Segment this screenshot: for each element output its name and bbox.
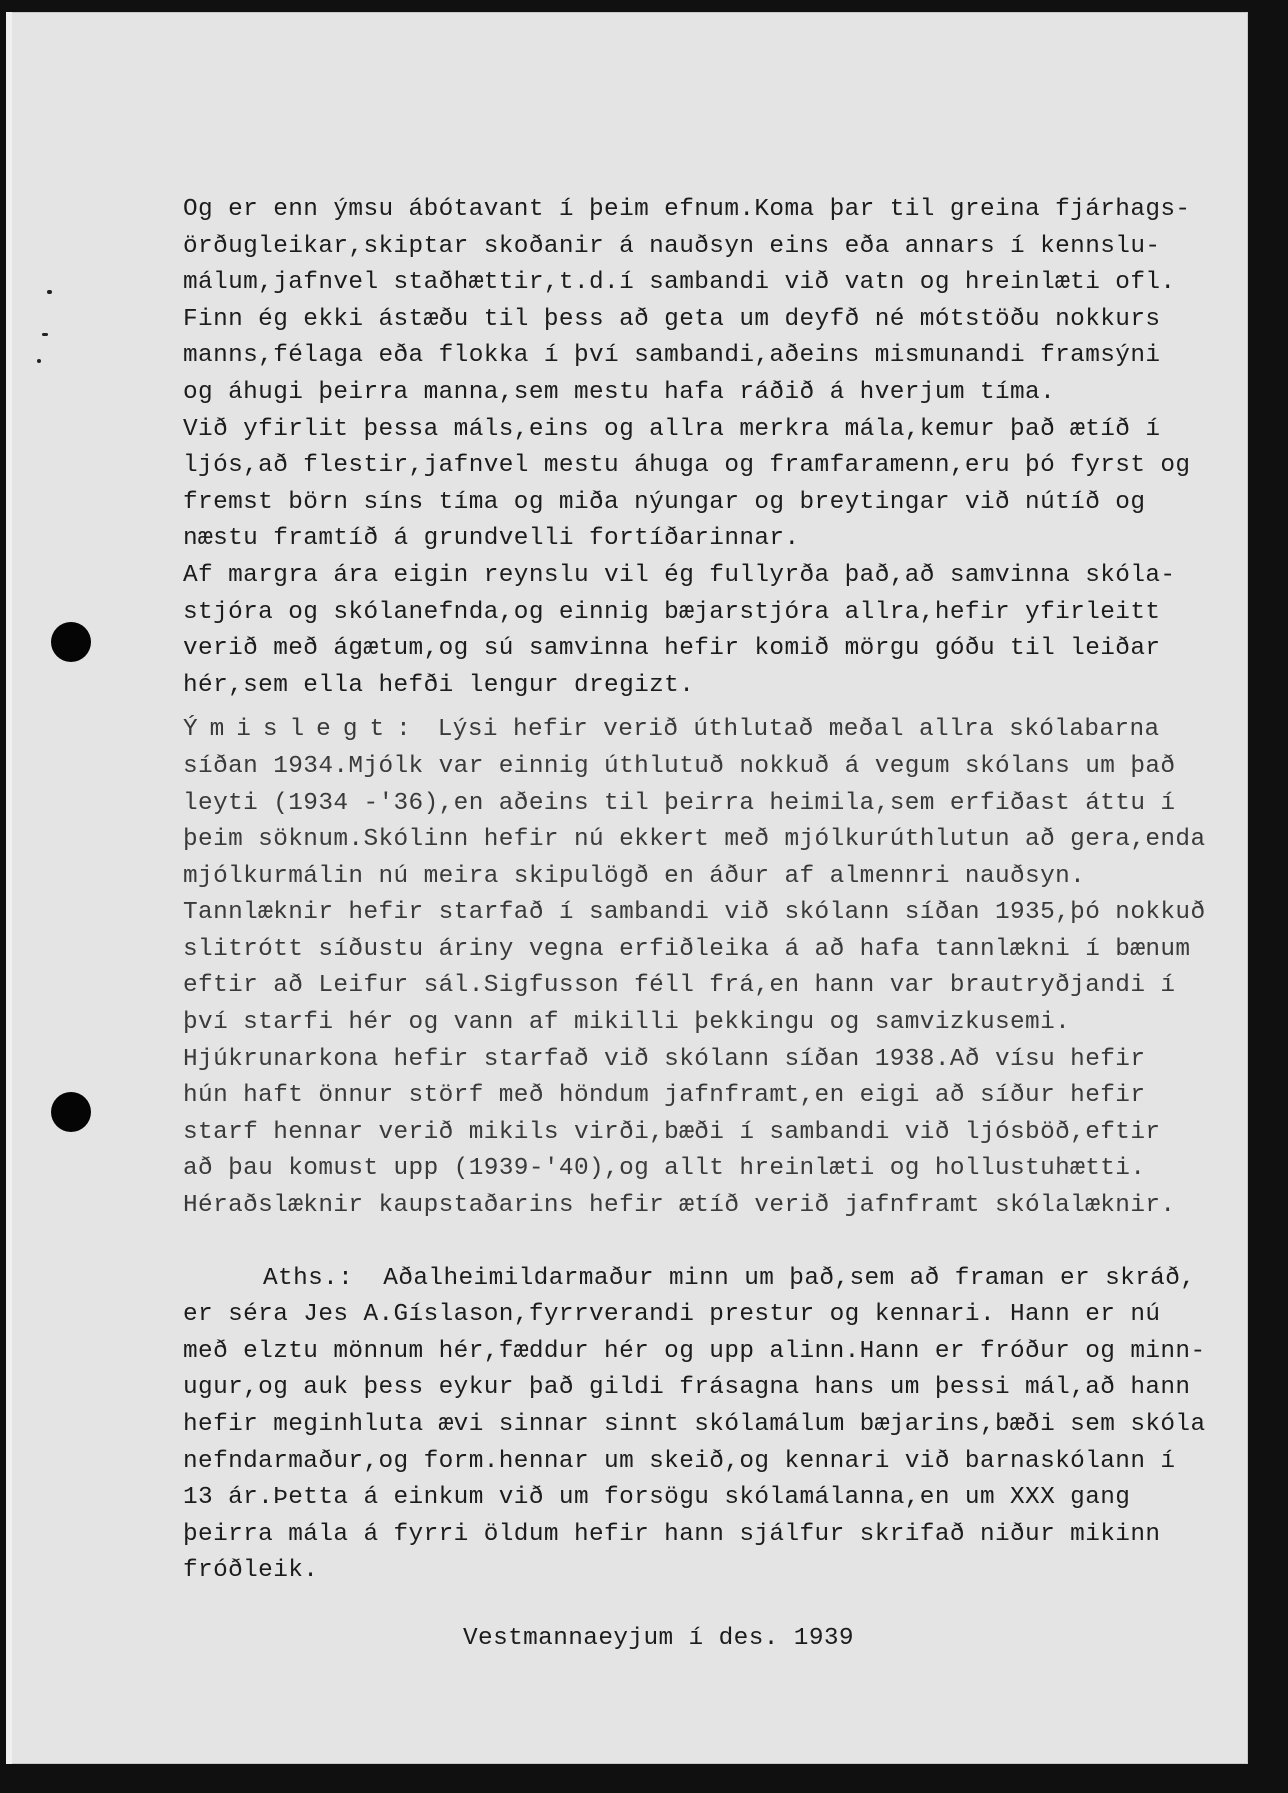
text-line: eftir að Leifur sál.Sigfusson féll frá,e… [183, 968, 1223, 1005]
text-line: og áhugi þeirra manna,sem mestu hafa ráð… [183, 375, 1223, 412]
text-line: hún haft önnur störf með höndum jafnfram… [183, 1078, 1223, 1115]
paragraph-overview: Við yfirlit þessa máls,eins og allra mer… [183, 412, 1223, 558]
text-line: Hjúkrunarkona hefir starfað við skólann … [183, 1042, 1223, 1079]
text-line: Aths.: Aðalheimildarmaður minn um það,se… [183, 1261, 1223, 1298]
text-line: örðugleikar,skiptar skoðanir á nauðsyn e… [183, 229, 1223, 266]
text-line: verið með ágætum,og sú samvinna hefir ko… [183, 631, 1223, 668]
text-segment: Aðalheimildarmaður minn um það,sem að fr… [353, 1265, 1195, 1292]
margin-mark [37, 359, 41, 363]
text-line: 13 ár.Þetta á einkum við um forsögu skól… [183, 1480, 1223, 1517]
text-line: starf hennar verið mikils virði,bæði í s… [183, 1115, 1223, 1152]
margin-mark [47, 290, 52, 294]
text-line: Ýmislegt: Lýsi hefir verið úthlutað meða… [183, 712, 1223, 749]
paragraph-miscellaneous: Ýmislegt: Lýsi hefir verið úthlutað meða… [183, 712, 1223, 1224]
text-line: slitrótt síðustu árinу vegna erfiðleika … [183, 932, 1223, 969]
text-line: að þau komust upp (1939-'40),og allt hre… [183, 1151, 1223, 1188]
text-segment: Lýsi hefir verið úthlutað meðal allra sk… [423, 716, 1160, 743]
punch-hole [51, 1092, 91, 1132]
text-line: næstu framtíð á grundvelli fortíðarinnar… [183, 521, 1223, 558]
text-line: með elztu mönnum hér,fæddur hér og upp a… [183, 1334, 1223, 1371]
text-line: ljós,að flestir,jafnvel mestu áhuga og f… [183, 448, 1223, 485]
text-line: Finn ég ekki ástæðu til þess að geta um … [183, 302, 1223, 339]
text-line: nefndarmaður,og form.hennar um skeið,og … [183, 1444, 1223, 1481]
text-line: Af margra ára eigin reynslu vil ég fully… [183, 558, 1223, 595]
paragraph-cooperation: Af margra ára eigin reynslu vil ég fully… [183, 558, 1223, 704]
text-line: Tannlæknir hefir starfað í sambandi við … [183, 895, 1223, 932]
text-line: Og er enn ýmsu ábótavant í þeim efnum.Ko… [183, 192, 1223, 229]
place-and-date-signature: Vestmannaeyjum í des. 1939 [463, 1625, 854, 1652]
paragraph-note: Aths.: Aðalheimildarmaður minn um það,se… [183, 1261, 1223, 1590]
text-line: hér,sem ella hefði lengur dregizt. [183, 668, 1223, 705]
margin-mark [42, 333, 48, 336]
note-label: Aths.: [263, 1265, 353, 1292]
document-body: Og er enn ýmsu ábótavant í þeim efnum.Ko… [183, 192, 1223, 1590]
text-line: stjóra og skólanefnda,og einnig bæjarstj… [183, 595, 1223, 632]
text-line: er séra Jes A.Gíslason,fyrrverandi prest… [183, 1297, 1223, 1334]
text-line: mjólkurmálin nú meira skipulögð en áður … [183, 859, 1223, 896]
text-line: Héraðslæknir kaupstaðarins hefir ætíð ve… [183, 1188, 1223, 1225]
text-line: fremst börn síns tíma og miða nýungar og… [183, 485, 1223, 522]
paragraph-limitations: Og er enn ýmsu ábótavant í þeim efnum.Ko… [183, 192, 1223, 412]
text-line: því starfi hér og vann af mikilli þekkin… [183, 1005, 1223, 1042]
text-line: síðan 1934.Mjólk var einnig úthlutuð nok… [183, 749, 1223, 786]
text-line: málum,jafnvel staðhættir,t.d.í sambandi … [183, 265, 1223, 302]
text-line: þeim söknum.Skólinn hefir nú ekkert með … [183, 822, 1223, 859]
punch-hole [51, 622, 91, 662]
page-edge [6, 12, 12, 1764]
text-line: fróðleik. [183, 1553, 1223, 1590]
section-heading: Ýmislegt: [183, 716, 423, 743]
text-line: leyti (1934 -'36),en aðeins til þeirra h… [183, 786, 1223, 823]
text-line: ugur,og auk þess eykur það gildi frásagn… [183, 1370, 1223, 1407]
text-line: manns,félaga eða flokka í því sambandi,a… [183, 338, 1223, 375]
text-line: hefir meginhluta ævi sinnar sinnt skólam… [183, 1407, 1223, 1444]
text-line: Við yfirlit þessa máls,eins og allra mer… [183, 412, 1223, 449]
text-line: þeirra mála á fyrri öldum hefir hann sjá… [183, 1517, 1223, 1554]
